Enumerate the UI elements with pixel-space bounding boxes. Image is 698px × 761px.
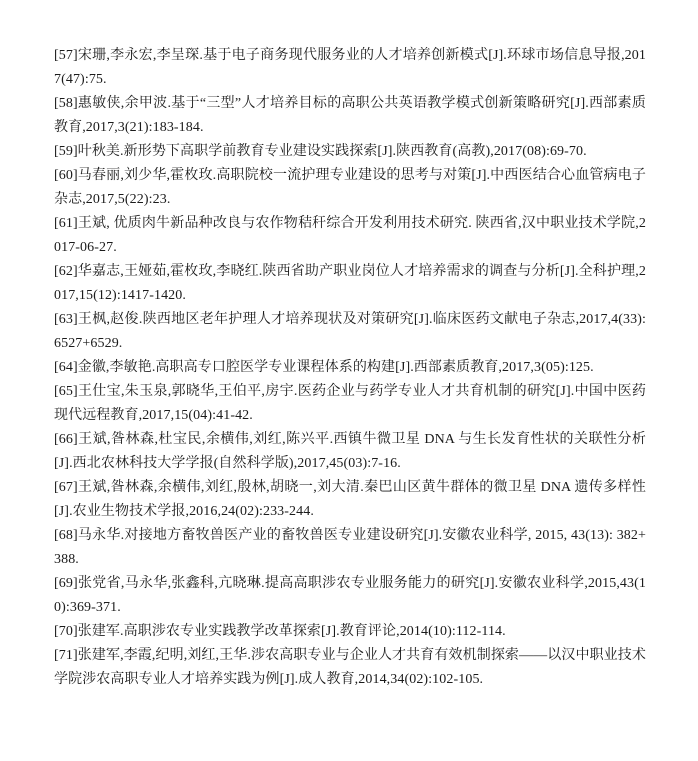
reference-body: 王枫,赵俊.陕西地区老年护理人才培养现状及对策研究[J].临床医药文献电子杂志,… (54, 312, 646, 351)
reference-label: [66] (54, 432, 78, 447)
reference-body: 宋珊,李永宏,李呈琛.基于电子商务现代服务业的人才培养创新模式[J].环球市场信… (54, 48, 646, 87)
reference-item: [68]马永华.对接地方畜牧兽医产业的畜牧兽医专业建设研究[J].安徽农业科学,… (54, 524, 646, 572)
reference-label: [67] (54, 480, 78, 495)
reference-item: [64]金徽,李敏艳.高职高专口腔医学专业课程体系的构建[J].西部素质教育,2… (54, 356, 646, 380)
reference-item: [58]惠敏侠,余甲波.基于“三型”人才培养目标的高职公共英语教学模式创新策略研… (54, 92, 646, 140)
reference-item: [61]王斌, 优质肉牛新品种改良与农作物秸秆综合开发利用技术研究. 陕西省,汉… (54, 212, 646, 260)
reference-label: [64] (54, 360, 78, 375)
reference-label: [62] (54, 264, 78, 279)
reference-body: 马春丽,刘少华,霍枚玫.高职院校一流护理专业建设的思考与对策[J].中西医结合心… (54, 168, 646, 207)
reference-body: 王斌,昝林森,余横伟,刘红,殷林,胡晓一,刘大清.秦巴山区黄牛群体的微卫星 DN… (54, 480, 646, 519)
reference-body: 王斌, 优质肉牛新品种改良与农作物秸秆综合开发利用技术研究. 陕西省,汉中职业技… (54, 216, 646, 255)
reference-body: 王仕宝,朱玉泉,郭晓华,王伯平,房宇.医药企业与药学专业人才共育机制的研究[J]… (54, 384, 646, 423)
reference-item: [70]张建军.高职涉农专业实践教学改革探索[J].教育评论,2014(10):… (54, 620, 646, 644)
document-page: [57]宋珊,李永宏,李呈琛.基于电子商务现代服务业的人才培养创新模式[J].环… (0, 0, 698, 761)
reference-body: 张党省,马永华,张鑫科,亢晓琳.提高高职涉农专业服务能力的研究[J].安徽农业科… (54, 576, 646, 615)
reference-body: 惠敏侠,余甲波.基于“三型”人才培养目标的高职公共英语教学模式创新策略研究[J]… (54, 96, 646, 135)
reference-item: [60]马春丽,刘少华,霍枚玫.高职院校一流护理专业建设的思考与对策[J].中西… (54, 164, 646, 212)
reference-label: [71] (54, 648, 78, 663)
reference-item: [65]王仕宝,朱玉泉,郭晓华,王伯平,房宇.医药企业与药学专业人才共育机制的研… (54, 380, 646, 428)
reference-label: [59] (54, 144, 78, 159)
reference-label: [61] (54, 216, 78, 231)
reference-label: [60] (54, 168, 78, 183)
reference-label: [57] (54, 48, 78, 63)
references-list: [57]宋珊,李永宏,李呈琛.基于电子商务现代服务业的人才培养创新模式[J].环… (54, 44, 646, 692)
reference-body: 张建军.高职涉农专业实践教学改革探索[J].教育评论,2014(10):112-… (78, 624, 506, 639)
reference-body: 金徽,李敏艳.高职高专口腔医学专业课程体系的构建[J].西部素质教育,2017,… (78, 360, 594, 375)
reference-label: [58] (54, 96, 78, 111)
reference-item: [63]王枫,赵俊.陕西地区老年护理人才培养现状及对策研究[J].临床医药文献电… (54, 308, 646, 356)
reference-label: [70] (54, 624, 78, 639)
reference-item: [62]华嘉志,王娅茹,霍枚玫,李晓红.陕西省助产职业岗位人才培养需求的调查与分… (54, 260, 646, 308)
reference-body: 王斌,昝林森,杜宝民,余横伟,刘红,陈兴平.西镇牛微卫星 DNA 与生长发育性状… (54, 432, 646, 471)
reference-item: [57]宋珊,李永宏,李呈琛.基于电子商务现代服务业的人才培养创新模式[J].环… (54, 44, 646, 92)
reference-body: 华嘉志,王娅茹,霍枚玫,李晓红.陕西省助产职业岗位人才培养需求的调查与分析[J]… (54, 264, 646, 303)
reference-item: [66]王斌,昝林森,杜宝民,余横伟,刘红,陈兴平.西镇牛微卫星 DNA 与生长… (54, 428, 646, 476)
reference-label: [68] (54, 528, 78, 543)
reference-label: [65] (54, 384, 78, 399)
reference-item: [67]王斌,昝林森,余横伟,刘红,殷林,胡晓一,刘大清.秦巴山区黄牛群体的微卫… (54, 476, 646, 524)
reference-label: [69] (54, 576, 78, 591)
reference-item: [59]叶秋美.新形势下高职学前教育专业建设实践探索[J].陕西教育(高教),2… (54, 140, 646, 164)
reference-item: [69]张党省,马永华,张鑫科,亢晓琳.提高高职涉农专业服务能力的研究[J].安… (54, 572, 646, 620)
reference-body: 马永华.对接地方畜牧兽医产业的畜牧兽医专业建设研究[J].安徽农业科学, 201… (54, 528, 646, 567)
reference-item: [71]张建军,李霞,纪明,刘红,王华.涉农高职专业与企业人才共育有效机制探索—… (54, 644, 646, 692)
reference-body: 张建军,李霞,纪明,刘红,王华.涉农高职专业与企业人才共育有效机制探索——以汉中… (54, 648, 646, 687)
reference-body: 叶秋美.新形势下高职学前教育专业建设实践探索[J].陕西教育(高教),2017(… (78, 144, 587, 159)
reference-label: [63] (54, 312, 78, 327)
